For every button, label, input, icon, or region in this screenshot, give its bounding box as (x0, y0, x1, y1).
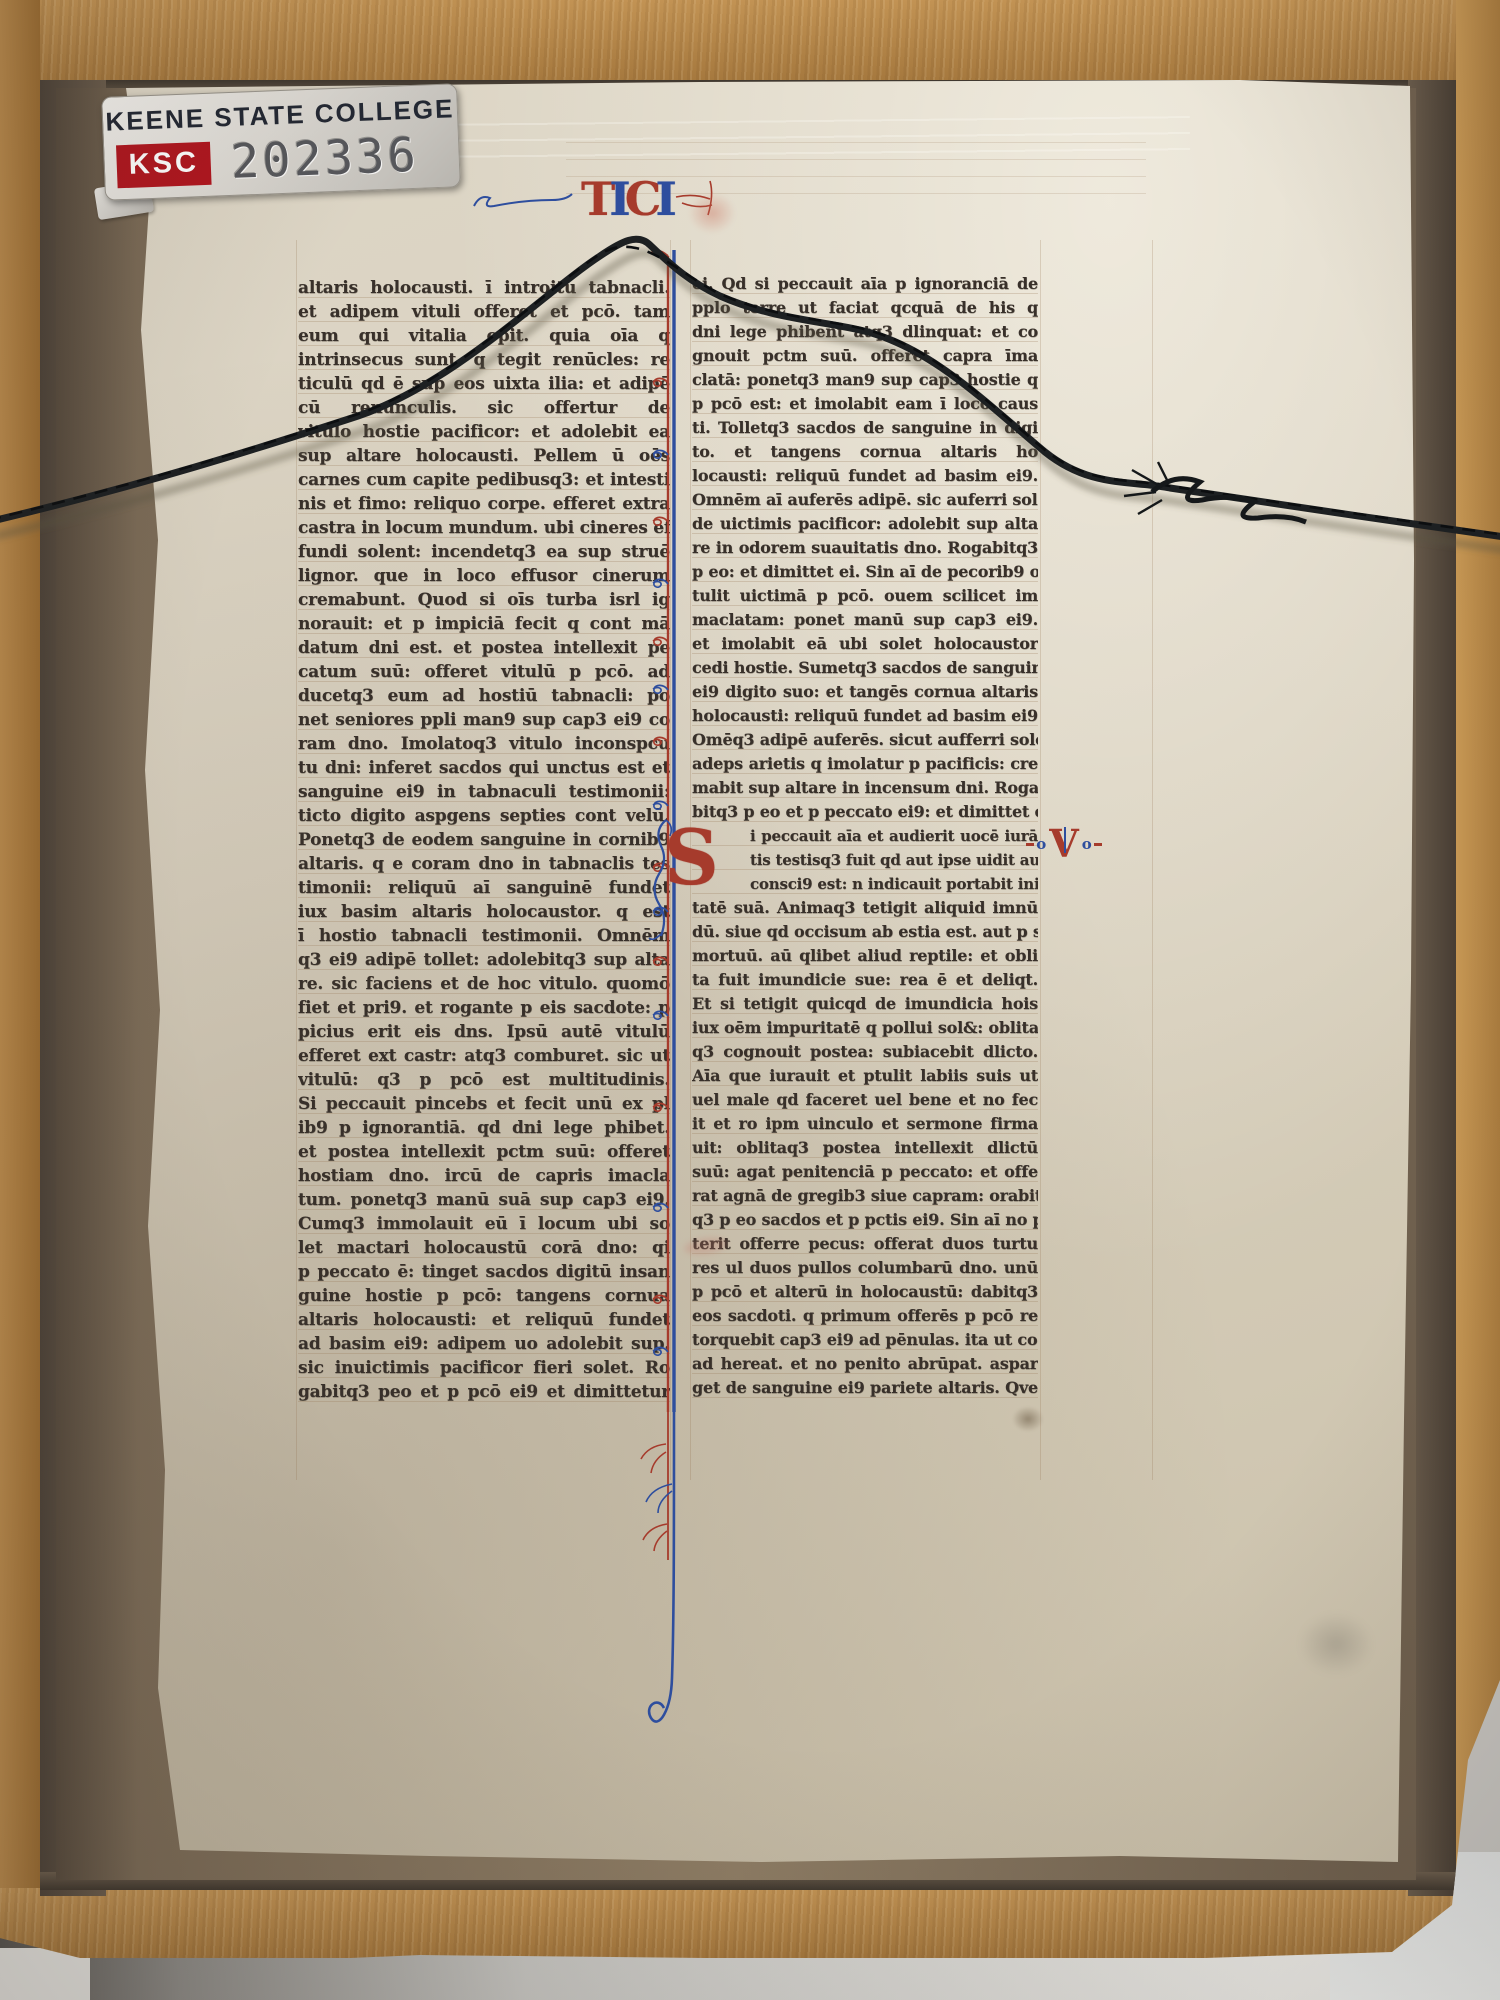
wire-shadow (0, 253, 1500, 552)
framed-manuscript-photo: TICI altaris holocausti. ī introitu tabn… (0, 0, 1500, 2000)
hanging-wire (0, 0, 1500, 2000)
